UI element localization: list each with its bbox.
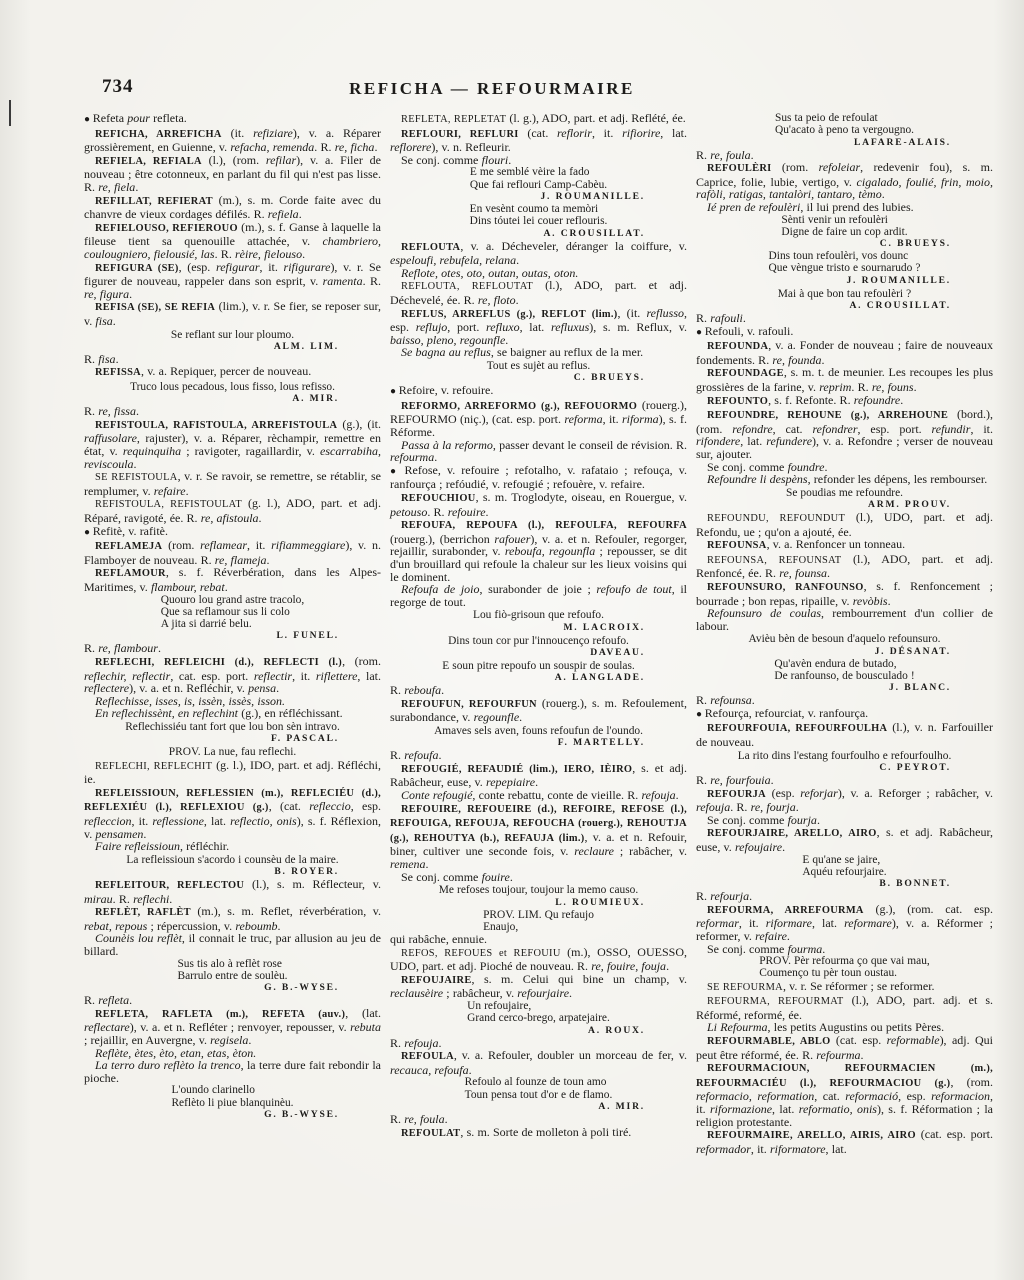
verse-quote: Sus ta peio de refoulatQu'acato à peno t… bbox=[696, 112, 993, 137]
reference-line: R. re, foula. bbox=[390, 1113, 687, 1126]
dictionary-entry: REFLOURI, REFLURI (cat. reflorir, it. ri… bbox=[390, 127, 687, 154]
dictionary-entry: REFOUIRE, REFOUEIRE (d.), REFOIRE, REFOS… bbox=[390, 802, 687, 871]
dictionary-entry: REFLAMEJA (rom. reflamear, it. rifiammeg… bbox=[84, 539, 381, 566]
verse-quote: Tout es sujèt au reflus. bbox=[390, 359, 687, 372]
verse-quote: Quouro lou grand astre tracolo,Que sa re… bbox=[84, 594, 381, 631]
dictionary-entry: REFLOUTA, v. a. Décheveler, déranger la … bbox=[390, 240, 687, 267]
citation-author: J. DÉSANAT. bbox=[696, 646, 993, 658]
column-2: REFLETA, REPLETAT (l. g.), ADO, part. et… bbox=[390, 112, 687, 1155]
dictionary-entry: REFISSA, v. a. Repiquer, percer de nouve… bbox=[84, 365, 381, 380]
verse-quote: Reflechissiéu tant fort que lou bon sèn … bbox=[84, 720, 381, 733]
paragraph: Refounsuro de coulas, rembourrement d'un… bbox=[696, 607, 993, 632]
dictionary-entry: REFOURMA, ARREFOURMA (g.), (rom. cat. es… bbox=[696, 903, 993, 943]
dictionary-entry: REFOURJAIRE, ARELLO, AIRO, s. et adj. Ra… bbox=[696, 826, 993, 853]
verse-quote: PROV. LIM. Qu refaujoEnaujo, bbox=[390, 909, 687, 934]
dictionary-entry: REFOULÈRI (rom. refoleiar, redevenir fou… bbox=[696, 161, 993, 201]
reference-line: qui rabâche, ennuie. bbox=[390, 933, 687, 946]
dictionary-subentry: REFLETA, REPLETAT (l. g.), ADO, part. et… bbox=[390, 112, 687, 127]
verse-quote: E qu'ane se jaire,Aquéu refourjaire. bbox=[696, 854, 993, 879]
dictionary-entry: REFOURMAIRE, ARELLO, AIRIS, AIRO (cat. e… bbox=[696, 1128, 993, 1155]
scanned-dictionary-page: 734 REFICHA — REFOURMAIRE ● Refeta pour … bbox=[0, 0, 1024, 1280]
dictionary-entry: REFOULA, v. a. Refouler, doubler un morc… bbox=[390, 1049, 687, 1076]
dictionary-entry: REFLEITOUR, REFLECTOU (l.), s. m. Réflec… bbox=[84, 878, 381, 905]
citation-author: ALM. LIM. bbox=[84, 341, 381, 353]
verse-quote: La rito dins l'estang fourfoulho e refou… bbox=[696, 749, 993, 762]
dictionary-subentry: REFOS, REFOUES et REFOUIU (m.), OSSO, OU… bbox=[390, 946, 687, 973]
cross-reference-line: ● Refouli, v. rafouli. bbox=[696, 325, 993, 340]
dictionary-entry: REFOUFUN, REFOURFUN (rouerg.), s. m. Ref… bbox=[390, 697, 687, 724]
dictionary-entry: REFICHA, ARREFICHA (it. refiziare), v. a… bbox=[84, 127, 381, 154]
cross-reference-line: ● Refeta pour refleta. bbox=[84, 112, 381, 127]
verse-quote: PROV. La nue, fau reflechi. bbox=[84, 745, 381, 758]
paragraph: Counèis lou reflèt, il connait le truc, … bbox=[84, 932, 381, 957]
dictionary-entry: REFISA (SE), SE REFIA (lim.), v. r. Se f… bbox=[84, 300, 381, 327]
verse-quote: Refoulo al founze de toun amoToun pensa … bbox=[390, 1076, 687, 1101]
text-columns: ● Refeta pour refleta.REFICHA, ARREFICHA… bbox=[84, 112, 992, 1155]
verse-quote: La refleissioun s'acordo i counsèu de la… bbox=[84, 853, 381, 866]
verse-quote: Truco lous pecadous, lous fisso, lous re… bbox=[84, 380, 381, 393]
dictionary-entry: REFIELA, REFIALA (l.), (rom. refilar), v… bbox=[84, 154, 381, 194]
citation-author: J. ROUMANILLE. bbox=[696, 275, 993, 287]
reference-line: R. rafouli. bbox=[696, 312, 993, 325]
running-head: REFICHA — REFOURMAIRE bbox=[0, 79, 984, 99]
verse-quote: Amaves sels aven, founs refoufun de l'ou… bbox=[390, 724, 687, 737]
dictionary-entry: REFOUJAIRE, s. m. Celui qui bine un cham… bbox=[390, 973, 687, 1000]
dictionary-entry: REFOURFOUIA, REFOURFOULHA (l.), v. n. Fa… bbox=[696, 721, 993, 748]
dictionary-entry: REFOUNDRE, REHOUNE (g.), ARREHOUNE (bord… bbox=[696, 408, 993, 460]
dictionary-entry: REFOUNTO, s. f. Refonte. R. refoundre. bbox=[696, 394, 993, 409]
dictionary-subentry: SE REFOURMA, v. r. Se réformer ; se refo… bbox=[696, 980, 993, 995]
verse-quote: Dins toun cor pur l'innoucenço refoufo. bbox=[390, 634, 687, 647]
dictionary-entry: REFOUNDA, v. a. Fonder de nouveau ; fair… bbox=[696, 339, 993, 366]
dictionary-entry: REFOULAT, s. m. Sorte de molleton à poli… bbox=[390, 1126, 687, 1141]
verse-quote: Avièu bèn de besoun d'aquelo refounsuro. bbox=[696, 632, 993, 645]
citation-author: DAVEAU. bbox=[390, 647, 687, 659]
citation-author: F. PASCAL. bbox=[84, 733, 381, 745]
paragraph: Passa à la reformo, passer devant le con… bbox=[390, 439, 687, 464]
dictionary-entry: REFLÈT, RAFLÈT (m.), s. m. Reflet, réver… bbox=[84, 905, 381, 932]
dictionary-entry: REFOUNSA, v. a. Renfoncer un tonneau. bbox=[696, 538, 993, 553]
dictionary-entry: REFIGURA (SE), (esp. refigurar, it. rifi… bbox=[84, 261, 381, 301]
dictionary-entry: REFOURMABLE, ABLO (cat. esp. reformable)… bbox=[696, 1034, 993, 1061]
verse-quote: Se reflant sur lour ploumo. bbox=[84, 328, 381, 341]
paragraph: En reflechissènt, en reflechint (g.), en… bbox=[84, 707, 381, 720]
citation-author: M. LACROIX. bbox=[390, 622, 687, 634]
dictionary-entry: REFORMO, ARREFORMO (g.), REFOUORMO (roue… bbox=[390, 399, 687, 439]
dictionary-subentry: REFLECHI, REFLECHIT (g. l.), IDO, part. … bbox=[84, 759, 381, 786]
column-1: ● Refeta pour refleta.REFICHA, ARREFICHA… bbox=[84, 112, 381, 1155]
dictionary-entry: REFOUCHIOU, s. m. Troglodyte, oiseau, en… bbox=[390, 491, 687, 518]
dictionary-entry: REFOURMACIOUN, REFOURMACIEN (m.), REFOUR… bbox=[696, 1061, 993, 1128]
dictionary-entry: REFISTOULA, RAFISTOULA, ARREFISTOULA (g.… bbox=[84, 418, 381, 470]
dictionary-subentry: REFLOUTA, REFLOUTAT (l.), ADO, part. et … bbox=[390, 279, 687, 306]
verse-quote: PROV. Pèr refourma ço que vai mau,Coumen… bbox=[696, 955, 993, 980]
dictionary-entry: REFLUS, ARREFLUS (g.), REFLOT (lim.), (i… bbox=[390, 307, 687, 347]
dictionary-entry: REFLECHI, REFLEICHI (d.), REFLECTI (l.),… bbox=[84, 655, 381, 695]
verse-quote: E soun pitre repoufo un souspir de soula… bbox=[390, 659, 687, 672]
dictionary-entry: REFOUNSURO, RANFOUNSO, s. f. Renfoncemen… bbox=[696, 580, 993, 607]
paragraph: Faire refleissioun, réfléchir. bbox=[84, 840, 381, 853]
paragraph: Refoundre li despèns, refonder les dépen… bbox=[696, 473, 993, 486]
dictionary-entry: REFIELOUSO, REFIEROUO (m.), s. f. Ganse … bbox=[84, 221, 381, 261]
paragraph: La terro duro reflèto la trenco, la terr… bbox=[84, 1059, 381, 1084]
dictionary-entry: REFLAMOUR, s. f. Réverbération, dans les… bbox=[84, 566, 381, 593]
reference-line: R. refleta. bbox=[84, 994, 381, 1007]
dictionary-entry: REFILLAT, REFIERAT (m.), s. m. Corde fai… bbox=[84, 194, 381, 221]
dictionary-entry: REFOUGIÉ, REFAUDIÉ (lim.), IERO, IÈIRO, … bbox=[390, 762, 687, 789]
citation-author: J. ROUMANILLE. bbox=[390, 191, 687, 203]
citation-author: C. BRUEYS. bbox=[696, 238, 993, 250]
verse-quote: En vesènt coumo ta memòriDins tóutei lei… bbox=[390, 203, 687, 228]
verse-quote: Un refoujaire,Grand cerco-brego, arpatej… bbox=[390, 1000, 687, 1025]
paragraph: Ié pren de refoulèri, il lui prend des l… bbox=[696, 201, 993, 214]
verse-quote: L'oundo clarinelloReflèto li piue blanqu… bbox=[84, 1084, 381, 1109]
scan-artifact-mark bbox=[9, 100, 11, 126]
verse-quote: Me refoses toujour, toujour la memo caus… bbox=[390, 883, 687, 896]
dictionary-entry: REFLEISSIOUN, REFLESSIEN (m.), REFLECIÉU… bbox=[84, 786, 381, 840]
cross-reference-line: ● Refose, v. refouire ; refotalho, v. ra… bbox=[390, 464, 687, 491]
cross-reference-line: ● Refourça, refourciat, v. ranfourça. bbox=[696, 707, 993, 722]
citation-author: A. CROUSILLAT. bbox=[390, 228, 687, 240]
reference-line: R. refoufa. bbox=[390, 749, 687, 762]
verse-quote: Dins toun refoulèri, vos douncQue vèngue… bbox=[696, 250, 993, 275]
cross-reference-line: ● Refoire, v. refouire. bbox=[390, 384, 687, 399]
verse-quote: Qu'avèn endura de butado,De ranfounso, d… bbox=[696, 658, 993, 683]
column-3: Sus ta peio de refoulatQu'acato à peno t… bbox=[696, 112, 993, 1155]
reference-line: R. reboufa. bbox=[390, 684, 687, 697]
paragraph: Conte refougié, conte rebattu, conte de … bbox=[390, 789, 687, 802]
dictionary-entry: REFOURJA (esp. reforjar), v. a. Reforger… bbox=[696, 787, 993, 814]
paragraph: Se bagna au reflus, se baigner au reflux… bbox=[390, 346, 687, 359]
verse-quote: Mai à que bon tau refoulèri ? bbox=[696, 287, 993, 300]
paragraph: Refoufa de joio, surabonder de joie ; re… bbox=[390, 583, 687, 608]
dictionary-entry: REFOUNDAGE, s. m. t. de meunier. Les rec… bbox=[696, 366, 993, 393]
citation-author: L. ROUMIEUX. bbox=[390, 897, 687, 909]
reference-line: R. re, fourfouia. bbox=[696, 774, 993, 787]
verse-quote: E me semblé vèire la fadoQue fai reflour… bbox=[390, 166, 687, 191]
verse-quote: Sènti venir un refoulèriDigne de faire u… bbox=[696, 214, 993, 239]
paragraph: Se conj. comme fourma. bbox=[696, 943, 993, 956]
verse-quote: Se poudias me refoundre. bbox=[696, 486, 993, 499]
dictionary-subentry: REFOUNSA, REFOUNSAT (l.), ADO, part. et … bbox=[696, 553, 993, 580]
verse-quote: Lou fiò-grisoun que refoufo. bbox=[390, 608, 687, 621]
paragraph: Se conj. comme flouri. bbox=[390, 154, 687, 167]
reference-line: R. re, fissa. bbox=[84, 405, 381, 418]
reference-line: R. re, flambour. bbox=[84, 642, 381, 655]
cross-reference-line: ● Refitè, v. rafitè. bbox=[84, 525, 381, 540]
verse-quote: Sus tis alo à reflèt roseBarrulo entre d… bbox=[84, 958, 381, 983]
dictionary-subentry: REFOUNDU, REFOUNDUT (l.), UDO, part. et … bbox=[696, 511, 993, 538]
reference-line: R. refourja. bbox=[696, 890, 993, 903]
paragraph: Se conj. comme fouire. bbox=[390, 871, 687, 884]
dictionary-subentry: REFISTOULA, REFISTOULAT (g. l.), ADO, pa… bbox=[84, 497, 381, 524]
dictionary-entry: REFOUFA, REPOUFA (l.), REFOULFA, REFOURF… bbox=[390, 518, 687, 583]
citation-author: G. B.-WYSE. bbox=[84, 1109, 381, 1121]
reference-line: R. refounsa. bbox=[696, 694, 993, 707]
dictionary-entry: REFLETA, RAFLETA (m.), REFETA (auv.), (l… bbox=[84, 1007, 381, 1047]
dictionary-subentry: REFOURMA, REFOURMAT (l.), ADO, part. adj… bbox=[696, 994, 993, 1021]
dictionary-subentry: SE REFISTOULA, v. r. Se ravoir, se remet… bbox=[84, 470, 381, 497]
